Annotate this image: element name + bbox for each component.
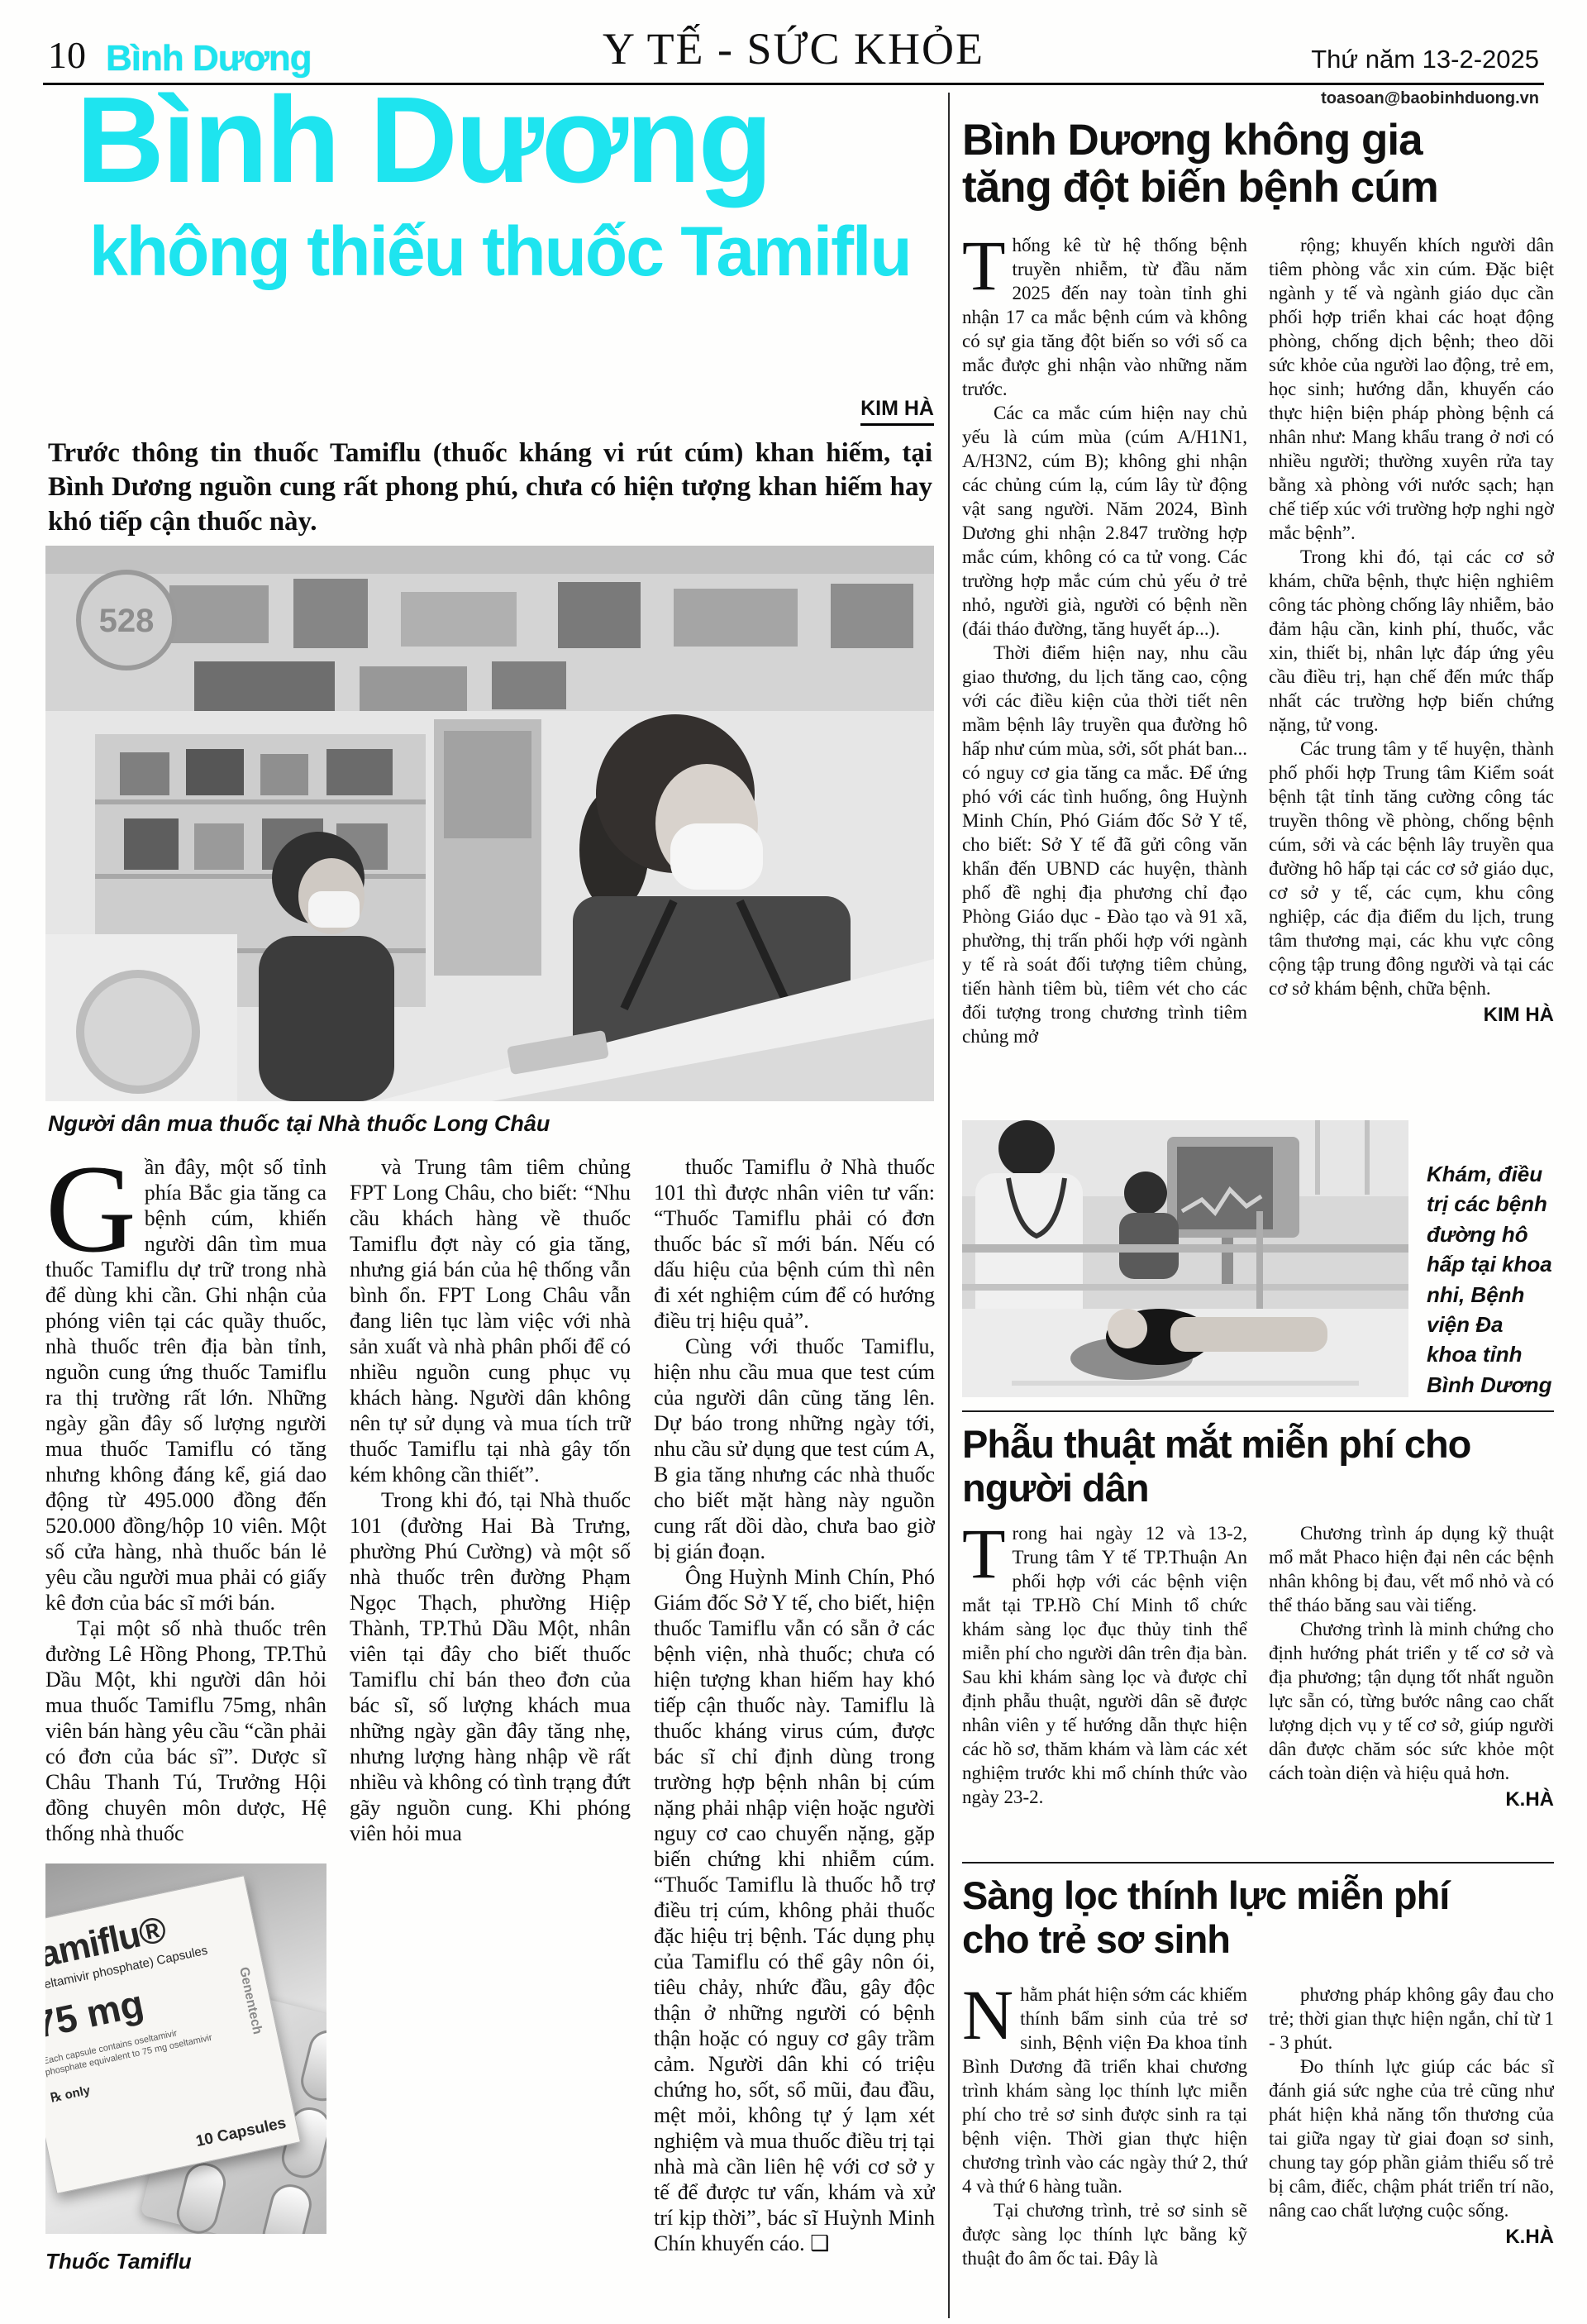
flu-column-1: Thống kê từ hệ thống bệnh truyền nhiễm, … [962,233,1247,1106]
column-3: thuốc Tamiflu ở Nhà thuốc 101 thì được n… [654,1154,935,2317]
paragraph: Ông Huỳnh Minh Chín, Phó Giám đốc Sở Y t… [654,1564,935,2256]
paragraph: Chương trình là minh chứng cho định hướn… [1269,1617,1554,1785]
photo-caption: Người dân mua thuốc tại Nhà thuốc Long C… [48,1111,550,1137]
paragraph: Trong khi đó, tại các cơ sở khám, chữa b… [1269,545,1554,737]
paragraph: Nhằm phát hiện sớm các khiếm thính bẩm s… [962,1983,1247,2198]
hospital-photo-illustration [962,1120,1408,1397]
capsule [172,2159,229,2234]
column-2-text: và Trung tâm tiêm chủng FPT Long Châu, c… [350,1154,631,2317]
paragraph: Chương trình áp dụng kỹ thuật mổ mắt Pha… [1269,1521,1554,1617]
byline: K.HÀ [1269,1788,1554,1811]
paragraph: phương pháp không gây đau cho trẻ; thời … [1269,1983,1554,2054]
main-headline-line1: Bình Dương [76,79,770,202]
byline: KIM HÀ [45,397,934,421]
newspaper-page: 10 Bình Dương Y TẾ - SỨC KHỎE Thứ năm 13… [0,0,1587,2324]
paragraph: rộng; khuyến khích người dân tiêm phòng … [1269,233,1554,545]
paragraph: Thời điểm hiện nay, nhu cầu giao thương,… [962,641,1247,1048]
column-3-text: thuốc Tamiflu ở Nhà thuốc 101 thì được n… [654,1154,935,2317]
dropcap: N [962,1983,1020,2042]
dropcap: G [45,1154,145,1257]
flu-column-2-text: rộng; khuyến khích người dân tiêm phòng … [1269,233,1554,1000]
paragraph: Cùng với thuốc Tamiflu, hiện nhu cầu mua… [654,1334,935,1564]
pharmacy-photo: 528 [45,546,934,1101]
vertical-divider [948,93,950,2318]
paragraph: Đo thính lực giúp các bác sĩ đánh giá sứ… [1269,2054,1554,2222]
eye-article-body: Trong hai ngày 12 và 13-2, Trung tâm Y t… [962,1521,1554,1862]
paragraph: Các trung tâm y tế huyện, thành phố phối… [1269,737,1554,1000]
lead-paragraph: Trước thông tin thuốc Tamiflu (thuốc khá… [48,437,932,539]
paragraph: Thống kê từ hệ thống bệnh truyền nhiễm, … [962,233,1247,401]
capsule [297,2026,326,2106]
hospital-photo [962,1120,1408,1397]
paragraph: Các ca mắc cúm hiện nay chủ yếu là cúm m… [962,401,1247,641]
issue-date: Thứ năm 13-2-2025 [1311,45,1539,74]
hearing-article-body: Nhằm phát hiện sớm các khiếm thính bẩm s… [962,1983,1554,2322]
right-column-region: Bình Dương không gia tăng đột biến bệnh … [962,93,1554,2324]
article-body: Gần đây, một số tỉnh phía Bắc gia tăng c… [45,1154,936,2317]
eye-article-title: Phẫu thuật mắt miễn phí cho người dân [962,1422,1491,1510]
section-divider [962,1862,1554,1863]
paragraph: Trong khi đó, tại Nhà thuốc 101 (đường H… [350,1487,631,1846]
paragraph: Tại một số nhà thuốc trên đường Lê Hồng … [45,1615,326,1846]
column-1: Gần đây, một số tỉnh phía Bắc gia tăng c… [45,1154,326,2317]
paragraph: Trong hai ngày 12 và 13-2, Trung tâm Y t… [962,1521,1247,1809]
paragraph: Gần đây, một số tỉnh phía Bắc gia tăng c… [45,1154,326,1615]
byline: K.HÀ [1269,2226,1554,2249]
eye-column-1: Trong hai ngày 12 và 13-2, Trung tâm Y t… [962,1521,1247,1862]
main-headline-line2: không thiếu thuốc Tamiflu [89,217,911,286]
hearing-column-1: Nhằm phát hiện sớm các khiếm thính bẩm s… [962,1983,1247,2322]
dropcap: T [962,233,1013,293]
eye-column-2: Chương trình áp dụng kỹ thuật mổ mắt Pha… [1269,1521,1554,1862]
hearing-column-2-text: phương pháp không gây đau cho trẻ; thời … [1269,1983,1554,2222]
pharmacy-photo-illustration: 528 [45,546,934,1101]
product-photo-caption: Thuốc Tamiflu [45,2249,326,2274]
tamiflu-box: Tamiflu® (oseltamivir phosphate) Capsule… [45,1875,301,2194]
flu-article-title: Bình Dương không gia tăng đột biến bệnh … [962,117,1508,211]
column-2: và Trung tâm tiêm chủng FPT Long Châu, c… [350,1154,631,2317]
capsule [258,2180,315,2234]
product-pack-count: 10 Capsules [194,2115,288,2152]
column-1-text: Gần đây, một số tỉnh phía Bắc gia tăng c… [45,1154,326,1855]
section-divider [962,1410,1554,1412]
hearing-column-2: phương pháp không gây đau cho trẻ; thời … [1269,1983,1554,2322]
paragraph: thuốc Tamiflu ở Nhà thuốc 101 thì được n… [654,1154,935,1334]
hospital-photo-caption: Khám, điều trị các bệnh đường hô hấp tại… [1427,1159,1554,1400]
hearing-article-title: Sàng lọc thính lực miễn phí cho trẻ sơ s… [962,1873,1491,1961]
flu-column-2: rộng; khuyến khích người dân tiêm phòng … [1269,233,1554,1106]
svg-text:528: 528 [99,603,155,639]
byline: KIM HÀ [1269,1004,1554,1027]
flu-article-body: Thống kê từ hệ thống bệnh truyền nhiễm, … [962,233,1554,1106]
tamiflu-product-photo: Tamiflu® (oseltamivir phosphate) Capsule… [45,1863,326,2234]
paragraph: và Trung tâm tiêm chủng FPT Long Châu, c… [350,1154,631,1487]
dropcap: T [962,1521,1013,1581]
paragraph: Tại chương trình, trẻ sơ sinh sẽ được sà… [962,2198,1247,2270]
eye-column-2-text: Chương trình áp dụng kỹ thuật mổ mắt Pha… [1269,1521,1554,1785]
